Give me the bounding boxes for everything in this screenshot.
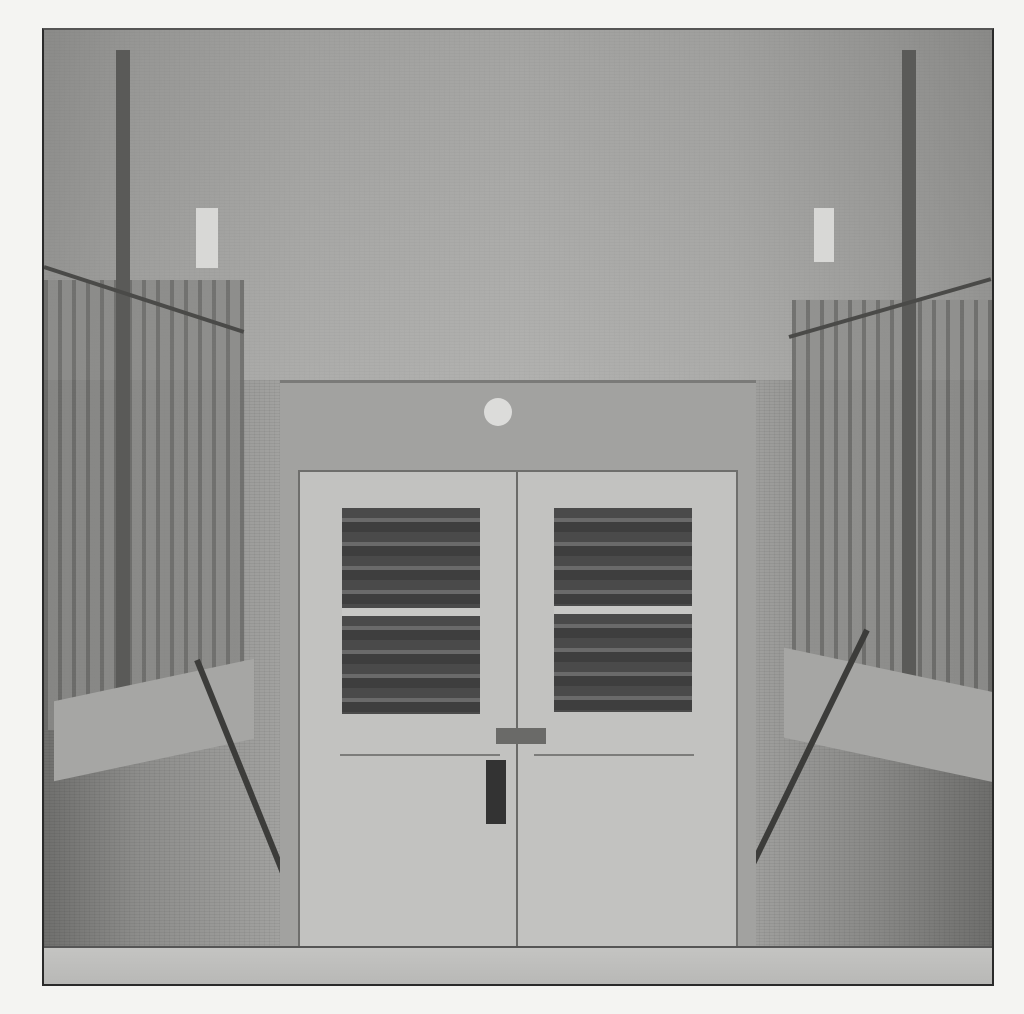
photo-print	[42, 28, 994, 986]
glass-pane	[342, 508, 480, 608]
muntin	[342, 608, 480, 616]
left-post	[116, 50, 130, 730]
right-wall-light	[814, 208, 834, 262]
glass-pane	[554, 508, 692, 606]
left-wall-light	[196, 208, 218, 268]
right-post	[902, 50, 916, 730]
door-panel-line	[340, 754, 500, 756]
hasp[interactable]	[496, 728, 546, 744]
door-panel-line	[534, 754, 694, 756]
glass-pane	[554, 614, 692, 712]
muntin	[554, 606, 692, 614]
padlock-icon[interactable]	[486, 760, 506, 824]
right-door-leaf[interactable]	[518, 472, 734, 952]
double-door[interactable]	[298, 470, 738, 954]
glass-pane	[342, 616, 480, 714]
left-railing	[44, 280, 244, 730]
left-door-leaf[interactable]	[300, 472, 516, 952]
round-fixture	[484, 398, 512, 426]
ground-edge	[44, 946, 992, 984]
